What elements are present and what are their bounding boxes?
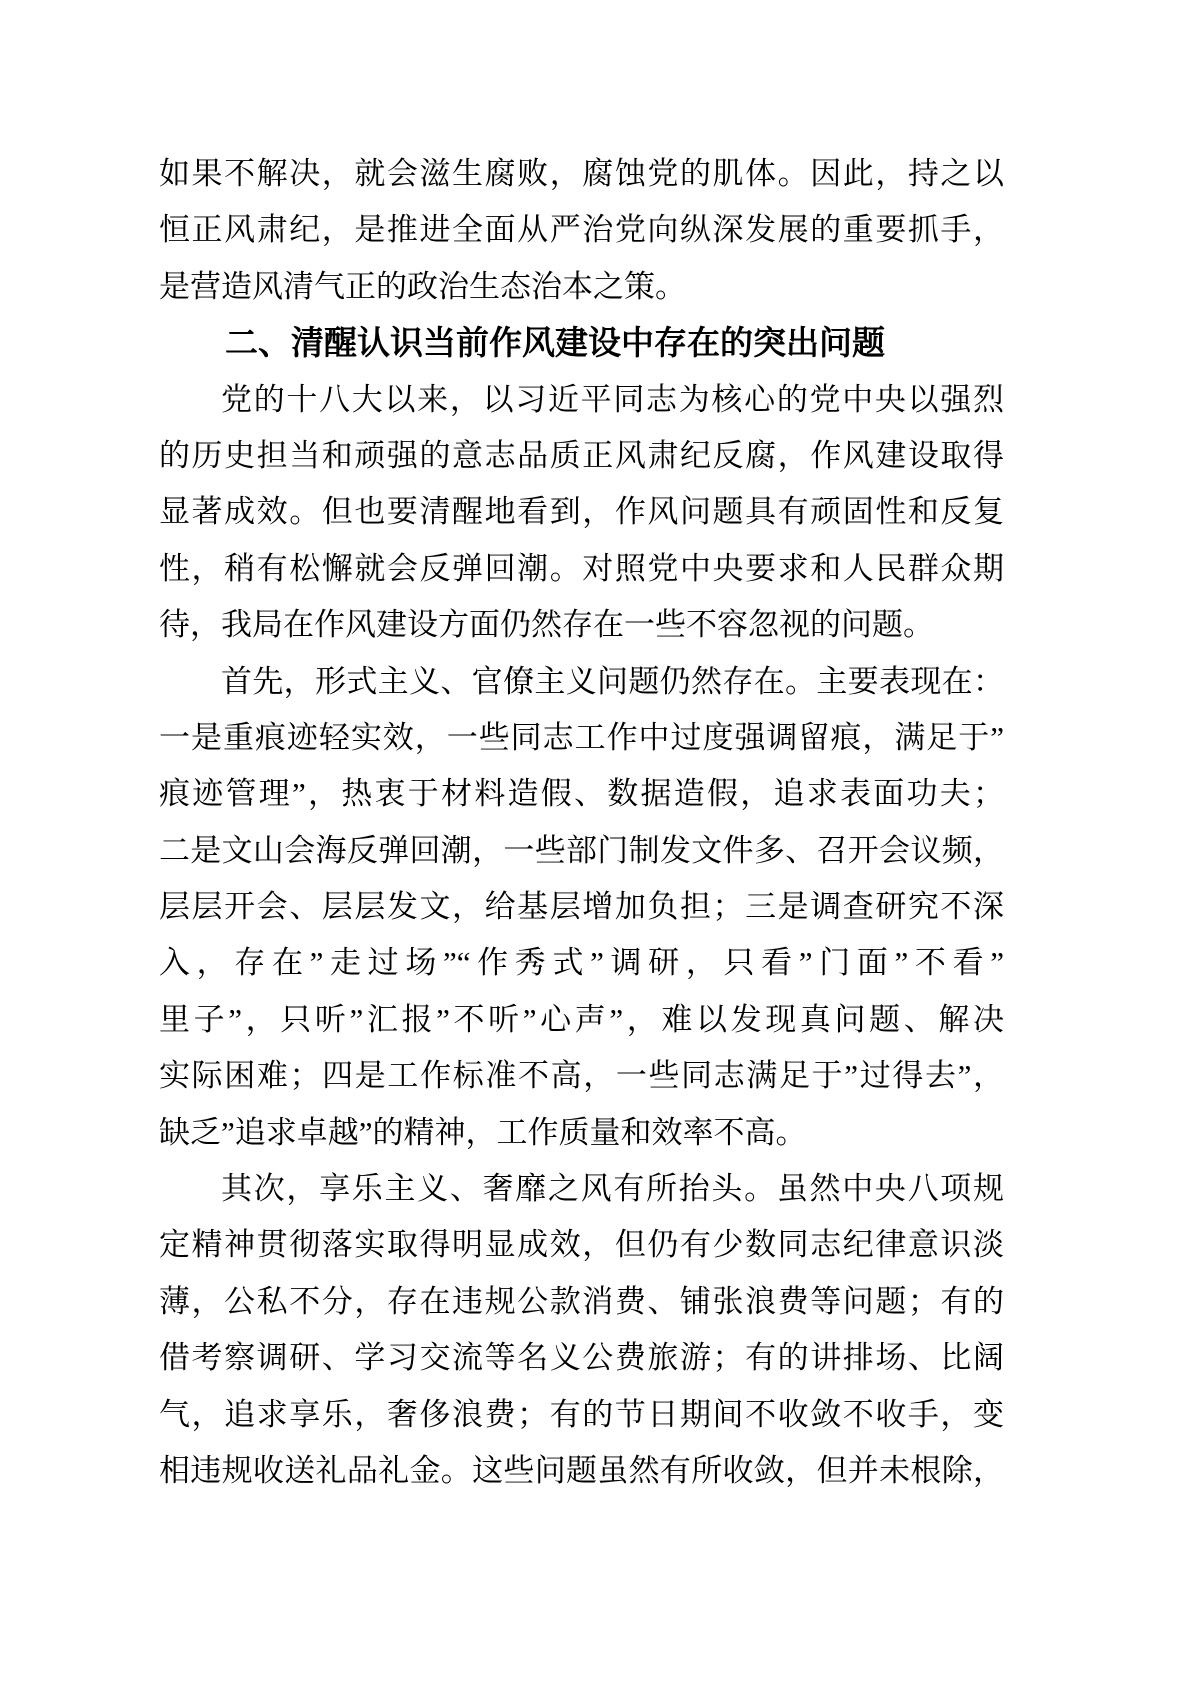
document-body: 如果不解决，就会滋生腐败，腐蚀党的肌体。因此，持之以恒正风肃纪，是推进全面从严治… <box>159 146 1004 1499</box>
paragraph-achievements-and-problems-line: 的历史担当和顽强的意志品质正风肃纪反腐，作风建设取得 <box>159 428 1004 484</box>
paragraph-continuation-line: 是营造风清气正的政治生态治本之策。 <box>159 259 1004 315</box>
paragraph-formalism-bureaucracy-line: 入，存在”走过场”“作秀式”调研，只看”门面”不看” <box>159 935 1004 991</box>
paragraph-hedonism-extravagance-line: 定精神贯彻落实取得明显成效，但仍有少数同志纪律意识淡 <box>159 1217 1004 1273</box>
paragraph-formalism-bureaucracy-line: 里子”，只听”汇报”不听”心声”，难以发现真问题、解决 <box>159 992 1004 1048</box>
paragraph-formalism-bureaucracy-line: 层层开会、层层发文，给基层增加负担；三是调查研究不深 <box>159 879 1004 935</box>
paragraph-formalism-bureaucracy-line: 缺乏”追求卓越”的精神，工作质量和效率不高。 <box>159 1105 1004 1161</box>
paragraph-formalism-bureaucracy-line: 二是文山会海反弹回潮，一些部门制发文件多、召开会议频， <box>159 823 1004 879</box>
paragraph-hedonism-extravagance-line: 其次，享乐主义、奢靡之风有所抬头。虽然中央八项规 <box>159 1161 1004 1217</box>
paragraph-achievements-and-problems-line: 显著成效。但也要清醒地看到，作风问题具有顽固性和反复 <box>159 484 1004 540</box>
paragraph-achievements-and-problems-line: 待，我局在作风建设方面仍然存在一些不容忽视的问题。 <box>159 597 1004 653</box>
paragraph-formalism-bureaucracy-line: 实际困难；四是工作标准不高，一些同志满足于”过得去”， <box>159 1048 1004 1104</box>
paragraph-continuation-line: 恒正风肃纪，是推进全面从严治党向纵深发展的重要抓手， <box>159 202 1004 258</box>
paragraph-hedonism-extravagance-line: 相违规收送礼品礼金。这些问题虽然有所收敛，但并未根除， <box>159 1443 1004 1499</box>
paragraph-formalism-bureaucracy-line: 痕迹管理”，热衷于材料造假、数据造假，追求表面功夫； <box>159 766 1004 822</box>
paragraph-achievements-and-problems-line: 党的十八大以来，以习近平同志为核心的党中央以强烈 <box>159 372 1004 428</box>
document-page: 如果不解决，就会滋生腐败，腐蚀党的肌体。因此，持之以恒正风肃纪，是推进全面从严治… <box>0 0 1190 1683</box>
paragraph-hedonism-extravagance-line: 薄，公私不分，存在违规公款消费、铺张浪费等问题；有的 <box>159 1274 1004 1330</box>
paragraph-hedonism-extravagance-line: 气，追求享乐，奢侈浪费；有的节日期间不收敛不收手，变 <box>159 1387 1004 1443</box>
paragraph-continuation-line: 如果不解决，就会滋生腐败，腐蚀党的肌体。因此，持之以 <box>159 146 1004 202</box>
paragraph-formalism-bureaucracy-line: 首先，形式主义、官僚主义问题仍然存在。主要表现在： <box>159 654 1004 710</box>
paragraph-achievements-and-problems-line: 性，稍有松懈就会反弹回潮。对照党中央要求和人民群众期 <box>159 541 1004 597</box>
paragraph-formalism-bureaucracy-line: 一是重痕迹轻实效，一些同志工作中过度强调留痕，满足于” <box>159 710 1004 766</box>
section-heading: 二、清醒认识当前作风建设中存在的突出问题 <box>159 315 1004 371</box>
paragraph-hedonism-extravagance-line: 借考察调研、学习交流等名义公费旅游；有的讲排场、比阔 <box>159 1330 1004 1386</box>
